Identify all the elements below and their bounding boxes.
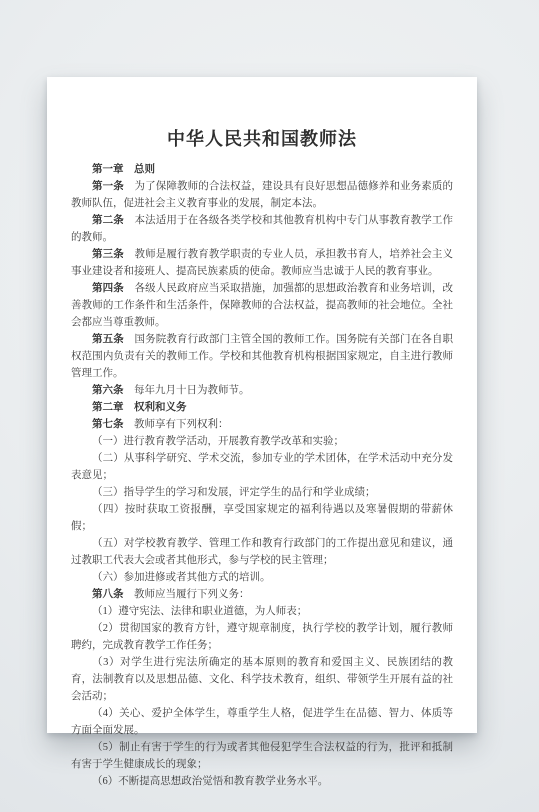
list-item-paragraph: （3）对学生进行宪法所确定的基本原则的教育和爱国主义、民族团结的教育，法制教育以… [71,654,453,705]
article-label: 第八条 [92,589,124,600]
article-paragraph: 第六条 每年九月十日为教师节。 [71,382,453,399]
article-label: 第四条 [92,283,124,294]
article-paragraph: 第一条 为了保障教师的合法权益，建设具有良好思想品德修养和业务素质的教师队伍，促… [71,178,453,212]
list-item-paragraph: （5）制止有害于学生的行为或者其他侵犯学生合法权益的行为，批评和抵制有害于学生健… [71,739,453,773]
article-paragraph: 第二条 本法适用于在各级各类学校和其他教育机构中专门从事教育教学工作的教师。 [71,212,453,246]
document-body: 第一章 总则第一条 为了保障教师的合法权益，建设具有良好思想品德修养和业务素质的… [71,161,453,790]
article-label: 第六条 [92,385,124,396]
page-background: 中华人民共和国教师法 第一章 总则第一条 为了保障教师的合法权益，建设具有良好思… [0,0,539,812]
list-item-paragraph: （4）关心、爱护全体学生，尊重学生人格，促进学生在品德、智力、体质等方面全面发展… [71,705,453,739]
article-paragraph: 第八条 教师应当履行下列义务： [71,586,453,603]
chapter-label: 第二章 [92,402,124,413]
chapter-heading: 第二章 权利和义务 [71,399,453,416]
document-page: 中华人民共和国教师法 第一章 总则第一条 为了保障教师的合法权益，建设具有良好思… [47,77,477,733]
article-paragraph: 第四条 各级人民政府应当采取措施，加强都的思想政治教育和业务培训，改善教师的工作… [71,280,453,331]
article-paragraph: 第七条 教师享有下列权利： [71,416,453,433]
article-label: 第二条 [92,215,124,226]
chapter-heading: 第一章 总则 [71,161,453,178]
list-item-paragraph: （四）按时获取工资报酬，享受国家规定的福利待遇以及寒暑假期的带薪休假； [71,501,453,535]
document-title: 中华人民共和国教师法 [71,129,453,149]
article-paragraph: 第三条 教师是履行教育教学职责的专业人员，承担教书育人，培养社会主义事业建设者和… [71,246,453,280]
list-item-paragraph: （1）遵守宪法、法律和职业道德，为人师表； [71,603,453,620]
list-item-paragraph: （二）从事科学研究、学术交流，参加专业的学术团体，在学术活动中充分发表意见； [71,450,453,484]
article-label: 第七条 [92,419,124,430]
article-label: 第一条 [92,181,124,192]
list-item-paragraph: （五）对学校教育教学、管理工作和教育行政部门的工作提出意见和建议，通过教职工代表… [71,535,453,569]
list-item-paragraph: （2）贯彻国家的教育方针，遵守规章制度，执行学校的教学计划，履行教师聘约，完成教… [71,620,453,654]
list-item-paragraph: （三）指导学生的学习和发展，评定学生的品行和学业成绩； [71,484,453,501]
list-item-paragraph: （6）不断提高思想政治觉悟和教育教学业务水平。 [71,773,453,790]
article-paragraph: 第五条 国务院教育行政部门主管全国的教师工作。国务院有关部门在各自职权范围内负责… [71,331,453,382]
article-label: 第三条 [92,249,124,260]
list-item-paragraph: （六）参加进修或者其他方式的培训。 [71,569,453,586]
chapter-label: 第一章 [92,164,124,175]
article-label: 第五条 [92,334,124,345]
list-item-paragraph: （一）进行教育教学活动，开展教育教学改革和实验； [71,433,453,450]
